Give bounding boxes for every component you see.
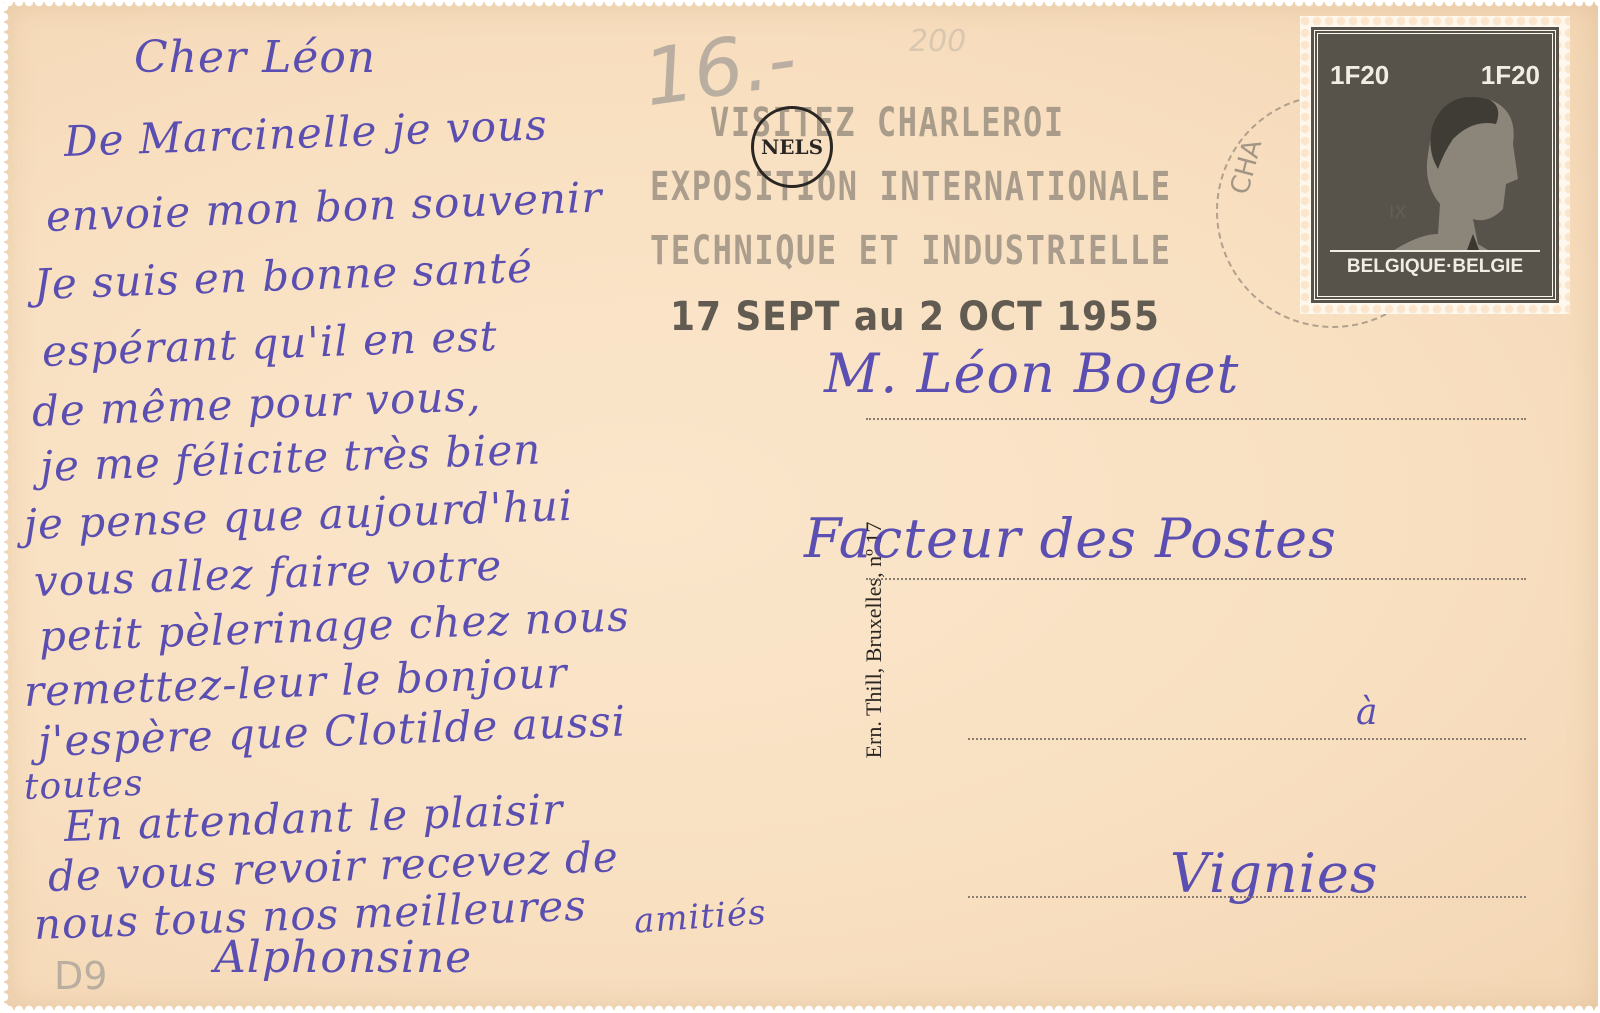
- postmark-slogan-line-3: TECHNIQUE ET INDUSTRIELLE: [650, 228, 1172, 274]
- pencil-mark-top: 200: [909, 24, 966, 59]
- message-line: amitiés: [633, 892, 768, 941]
- address-dotted-line: [866, 578, 1526, 580]
- address-dotted-line: [968, 738, 1526, 740]
- cancellation-date: IX: [1389, 202, 1407, 223]
- stamp-country: BELGIQUE·BELGIE: [1330, 250, 1540, 282]
- pencil-mark-bottom: D9: [54, 954, 107, 998]
- deckle-edge-top: [4, 2, 1598, 8]
- address-line-1: M. Léon Boget: [824, 342, 1239, 405]
- message-line: De Marcinelle je vous: [63, 100, 548, 166]
- message-line: je me félicite très bien: [39, 425, 542, 491]
- message-line: espérant qu'il en est: [41, 311, 498, 376]
- king-portrait-icon: [1378, 84, 1548, 274]
- postage-stamp: 1F20 1F20 BELGIQUE·BELGIE: [1300, 16, 1570, 314]
- address-dotted-line: [866, 418, 1526, 420]
- publisher-logo: NELS: [751, 106, 833, 188]
- postmark-date-range: 17 SEPT au 2 OCT 1955: [670, 294, 1160, 340]
- deckle-edge-bottom: [4, 1004, 1598, 1010]
- address-line-3: à: [1356, 692, 1378, 733]
- address-dotted-line: [968, 896, 1526, 898]
- deckle-edge-left: [4, 2, 10, 1010]
- message-line: de même pour vous,: [31, 371, 482, 436]
- message-line: je pense que aujourd'hui: [23, 481, 574, 549]
- publisher-imprint: Ern. Thill, Bruxelles, nº 17: [861, 410, 887, 870]
- address-line-2: Facteur des Postes: [804, 507, 1337, 570]
- postmark-slogan-line-2: EXPOSITION INTERNATIONALE: [650, 164, 1172, 210]
- message-signature: Alphonsine: [214, 932, 472, 983]
- message-line: vous allez faire votre: [33, 541, 503, 606]
- message-salutation: Cher Léon: [134, 32, 376, 83]
- message-line: Je suis en bonne santé: [33, 243, 533, 309]
- message-line: envoie mon bon souvenir: [45, 173, 603, 241]
- postcard: 16.- 200 D9 VISITEZ CHARLEROI EXPOSITION…: [4, 2, 1598, 1010]
